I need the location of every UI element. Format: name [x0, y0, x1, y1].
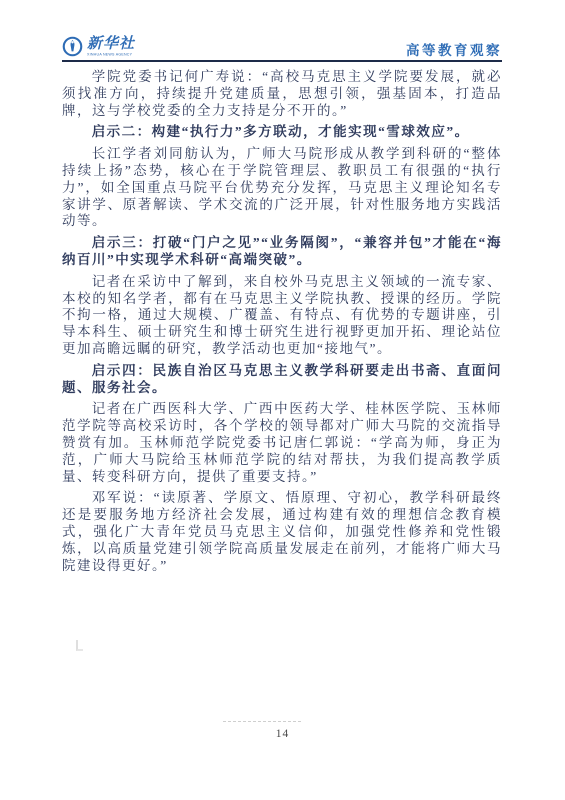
logo-text-block: 新华社 XINHUA NEWS AGENCY — [87, 37, 188, 57]
xinhua-emblem-icon — [62, 36, 83, 57]
paragraph-liu-tongfang: 长江学者刘同舫认为，广师大马院形成从教学到科研的“整体持续上扬”态势，核心在于学… — [62, 146, 502, 230]
logo-name: 新华社 — [87, 37, 188, 52]
insight-2-heading: 启示二：构建“执行力”多方联动，才能实现“雪球效应”。 — [62, 124, 502, 141]
footer-divider — [223, 721, 301, 722]
insight-3-heading: 启示三：打破“门户之见”“业务隔阂”，“兼容并包”才能在“海纳百川”中实现学术科… — [62, 235, 502, 269]
header-rule — [62, 60, 502, 62]
paragraph-universities-visit: 记者在广西医科大学、广西中医药大学、桂林医学院、玉林师范学院等高校采访时，各个学… — [62, 401, 502, 485]
article-body: 学院党委书记何广寿说：“高校马克思主义学院要发展，就必须找准方向，持续提升党建质… — [62, 69, 502, 579]
document-page: 新华社 XINHUA NEWS AGENCY 高等教育观察 学院党委书记何广寿说… — [0, 0, 565, 800]
xinhua-logo: 新华社 XINHUA NEWS AGENCY — [62, 36, 188, 57]
logo-subtext: XINHUA NEWS AGENCY — [87, 53, 132, 55]
paragraph-deng-jun-quote: 邓军说：“读原著、学原文、悟原理、守初心，教学科研最终还是要服务地方经济社会发展… — [62, 490, 502, 574]
page-header: 新华社 XINHUA NEWS AGENCY 高等教育观察 — [62, 34, 502, 59]
paragraph-guest-experts: 记者在采访中了解到，来自校外马克思主义领域的一流专家、本校的知名学者，都有在马克… — [62, 274, 502, 358]
page-number: 14 — [0, 728, 565, 740]
insight-4-heading: 启示四：民族自治区马克思主义教学科研要走出书斋、直面问题、服务社会。 — [62, 363, 502, 397]
paragraph-quote-he-guangshou: 学院党委书记何广寿说：“高校马克思主义学院要发展，就必须找准方向，持续提升党建质… — [62, 69, 502, 119]
scan-artifact-mark — [76, 640, 83, 651]
section-title: 高等教育观察 — [406, 39, 502, 59]
